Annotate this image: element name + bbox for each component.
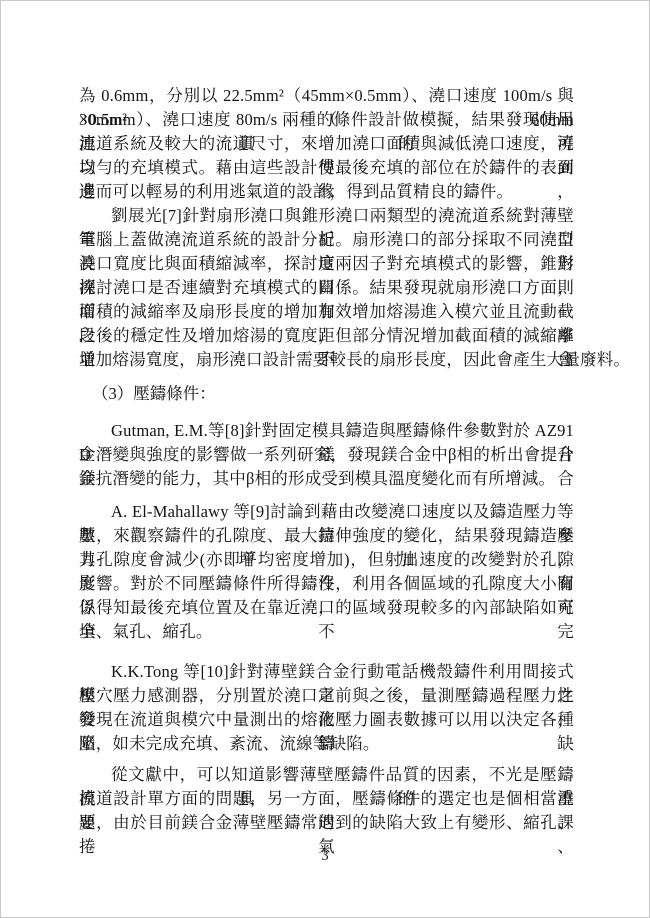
text-line: 其孔隙度會減少(亦即平均密度增加)，但射出速度的改變對於孔隙度沒有 xyxy=(79,548,574,572)
text-line: 題，由於目前鎂合金薄壁壓鑄常遇到的缺陷大致上有變形、縮孔、捲氣、 xyxy=(79,811,574,835)
paragraph-summary: 從文獻中，可以知道影響薄壁壓鑄件品質的因素，不光是壓鑄模具的澆 流道設計單方面的… xyxy=(79,763,574,835)
text-line: 劉展光[7]針對扇形澆口與錐形澆口兩類型的澆流道系統對薄壁筆記型 xyxy=(79,204,574,228)
text-line: 進而可以輕易的利用逃氣道的設計，得到品質精良的鑄件。 xyxy=(79,180,574,204)
text-line: 以得知最後充填位置及在靠近澆口的區域發現較多的內部缺陷如充填不完 xyxy=(79,596,574,620)
text-line: 數，來觀察鑄件的孔隙度、最大拉伸強度的變化，結果發現鑄造壓力增加， xyxy=(79,524,574,548)
section-heading: （3）壓鑄條件： xyxy=(79,382,574,406)
text-line: 流道系統及較大的流道尺寸，來增加澆口面積與減低澆口速度，可以得到 xyxy=(79,132,574,156)
text-line: 探討澆口是否連續對充填模式的關係。結果發現就扇形澆口方面，增加截 xyxy=(79,276,574,300)
document-page: 為 0.6mm，分別以 22.5mm²（45mm×0.5mm）、澆口速度 100… xyxy=(0,0,650,918)
text-line: K.K.Tong 等[10]針對薄壁鎂合金行動電話機殼鑄件利用間接式壓電性 xyxy=(79,660,574,684)
text-line: 均勻的充填模式。藉由這些設計使最後充填的部位在於鑄件的表面邊緣， xyxy=(79,156,574,180)
text-line: 發現在流道與模穴中量測出的熔液壓力圖表數據可以用以決定各種壓鑄缺 xyxy=(79,708,574,732)
text-block: 為 0.6mm，分別以 22.5mm²（45mm×0.5mm）、澆口速度 100… xyxy=(79,84,574,835)
text-line: Gutman, E.M.等[8]針對固定模具鑄造與壓鑄條件參數對於 AZ91D … xyxy=(79,419,574,443)
text-line: 流道設計單方面的問題，另一方面，壓鑄條件的選定也是個相當重要的課 xyxy=(79,787,574,811)
text-line: ×0.5mm）、澆口速度 80m/s 兩種的條件設計做模擬，結果發現使用連貫的澆 xyxy=(79,108,574,132)
text-line: 為 0.6mm，分別以 22.5mm²（45mm×0.5mm）、澆口速度 100… xyxy=(79,84,574,108)
text-line: 增加熔湯寬度，扇形澆口設計需要較長的扇形長度，因此會產生大量廢料。 xyxy=(79,348,574,372)
paragraph-continuation: 為 0.6mm，分別以 22.5mm²（45mm×0.5mm）、澆口速度 100… xyxy=(79,84,574,204)
page-number: 3 xyxy=(1,848,649,865)
paragraph-liu-ref7: 劉展光[7]針對扇形澆口與錐形澆口兩類型的澆流道系統對薄壁筆記型 電腦上蓋做澆流… xyxy=(79,204,574,372)
text-line: 之後的穩定性及增加熔湯的寬度，但部分情況增加截面積的減縮率並不會 xyxy=(79,324,574,348)
text-line: 金抗潛變的能力，其中β相的形成受到模具溫度變化而有所增減。 xyxy=(79,467,574,491)
text-line: 模穴壓力感測器，分別置於澆口之前與之後，量測壓鑄過程壓力之變化， xyxy=(79,684,574,708)
text-line: 澆口寬度比與面積縮減率，探討這兩因子對充填模式的影響，錐形澆口則 xyxy=(79,252,574,276)
text-line: 影響。對於不同壓鑄條件所得鑄件，利用各個區域的孔隙度大小關係，可 xyxy=(79,572,574,596)
text-line: 電腦上蓋做澆流道系統的設計分析。扇形澆口的部分採取不同澆口長度對 xyxy=(79,228,574,252)
text-line: 從文獻中，可以知道影響薄壁壓鑄件品質的因素，不光是壓鑄模具的澆 xyxy=(79,763,574,787)
paragraph-gutman-ref8: Gutman, E.M.等[8]針對固定模具鑄造與壓鑄條件參數對於 AZ91D … xyxy=(79,419,574,491)
paragraph-elmahallawy-ref9: A. El-Mahallawy 等[9]討論到藉由改變澆口速度以及鑄造壓力等壓鑄… xyxy=(79,500,574,644)
text-line: A. El-Mahallawy 等[9]討論到藉由改變澆口速度以及鑄造壓力等壓鑄… xyxy=(79,500,574,524)
paragraph-tong-ref10: K.K.Tong 等[10]針對薄壁鎂合金行動電話機殼鑄件利用間接式壓電性 模穴… xyxy=(79,660,574,756)
text-line: 面積的減縮率及扇形長度的增加有效增加熔湯進入模穴並且流動一段距離 xyxy=(79,300,574,324)
text-line: 金潛變與強度的影響做一系列研究，發現鎂合金中β相的析出會提升鎂合 xyxy=(79,443,574,467)
